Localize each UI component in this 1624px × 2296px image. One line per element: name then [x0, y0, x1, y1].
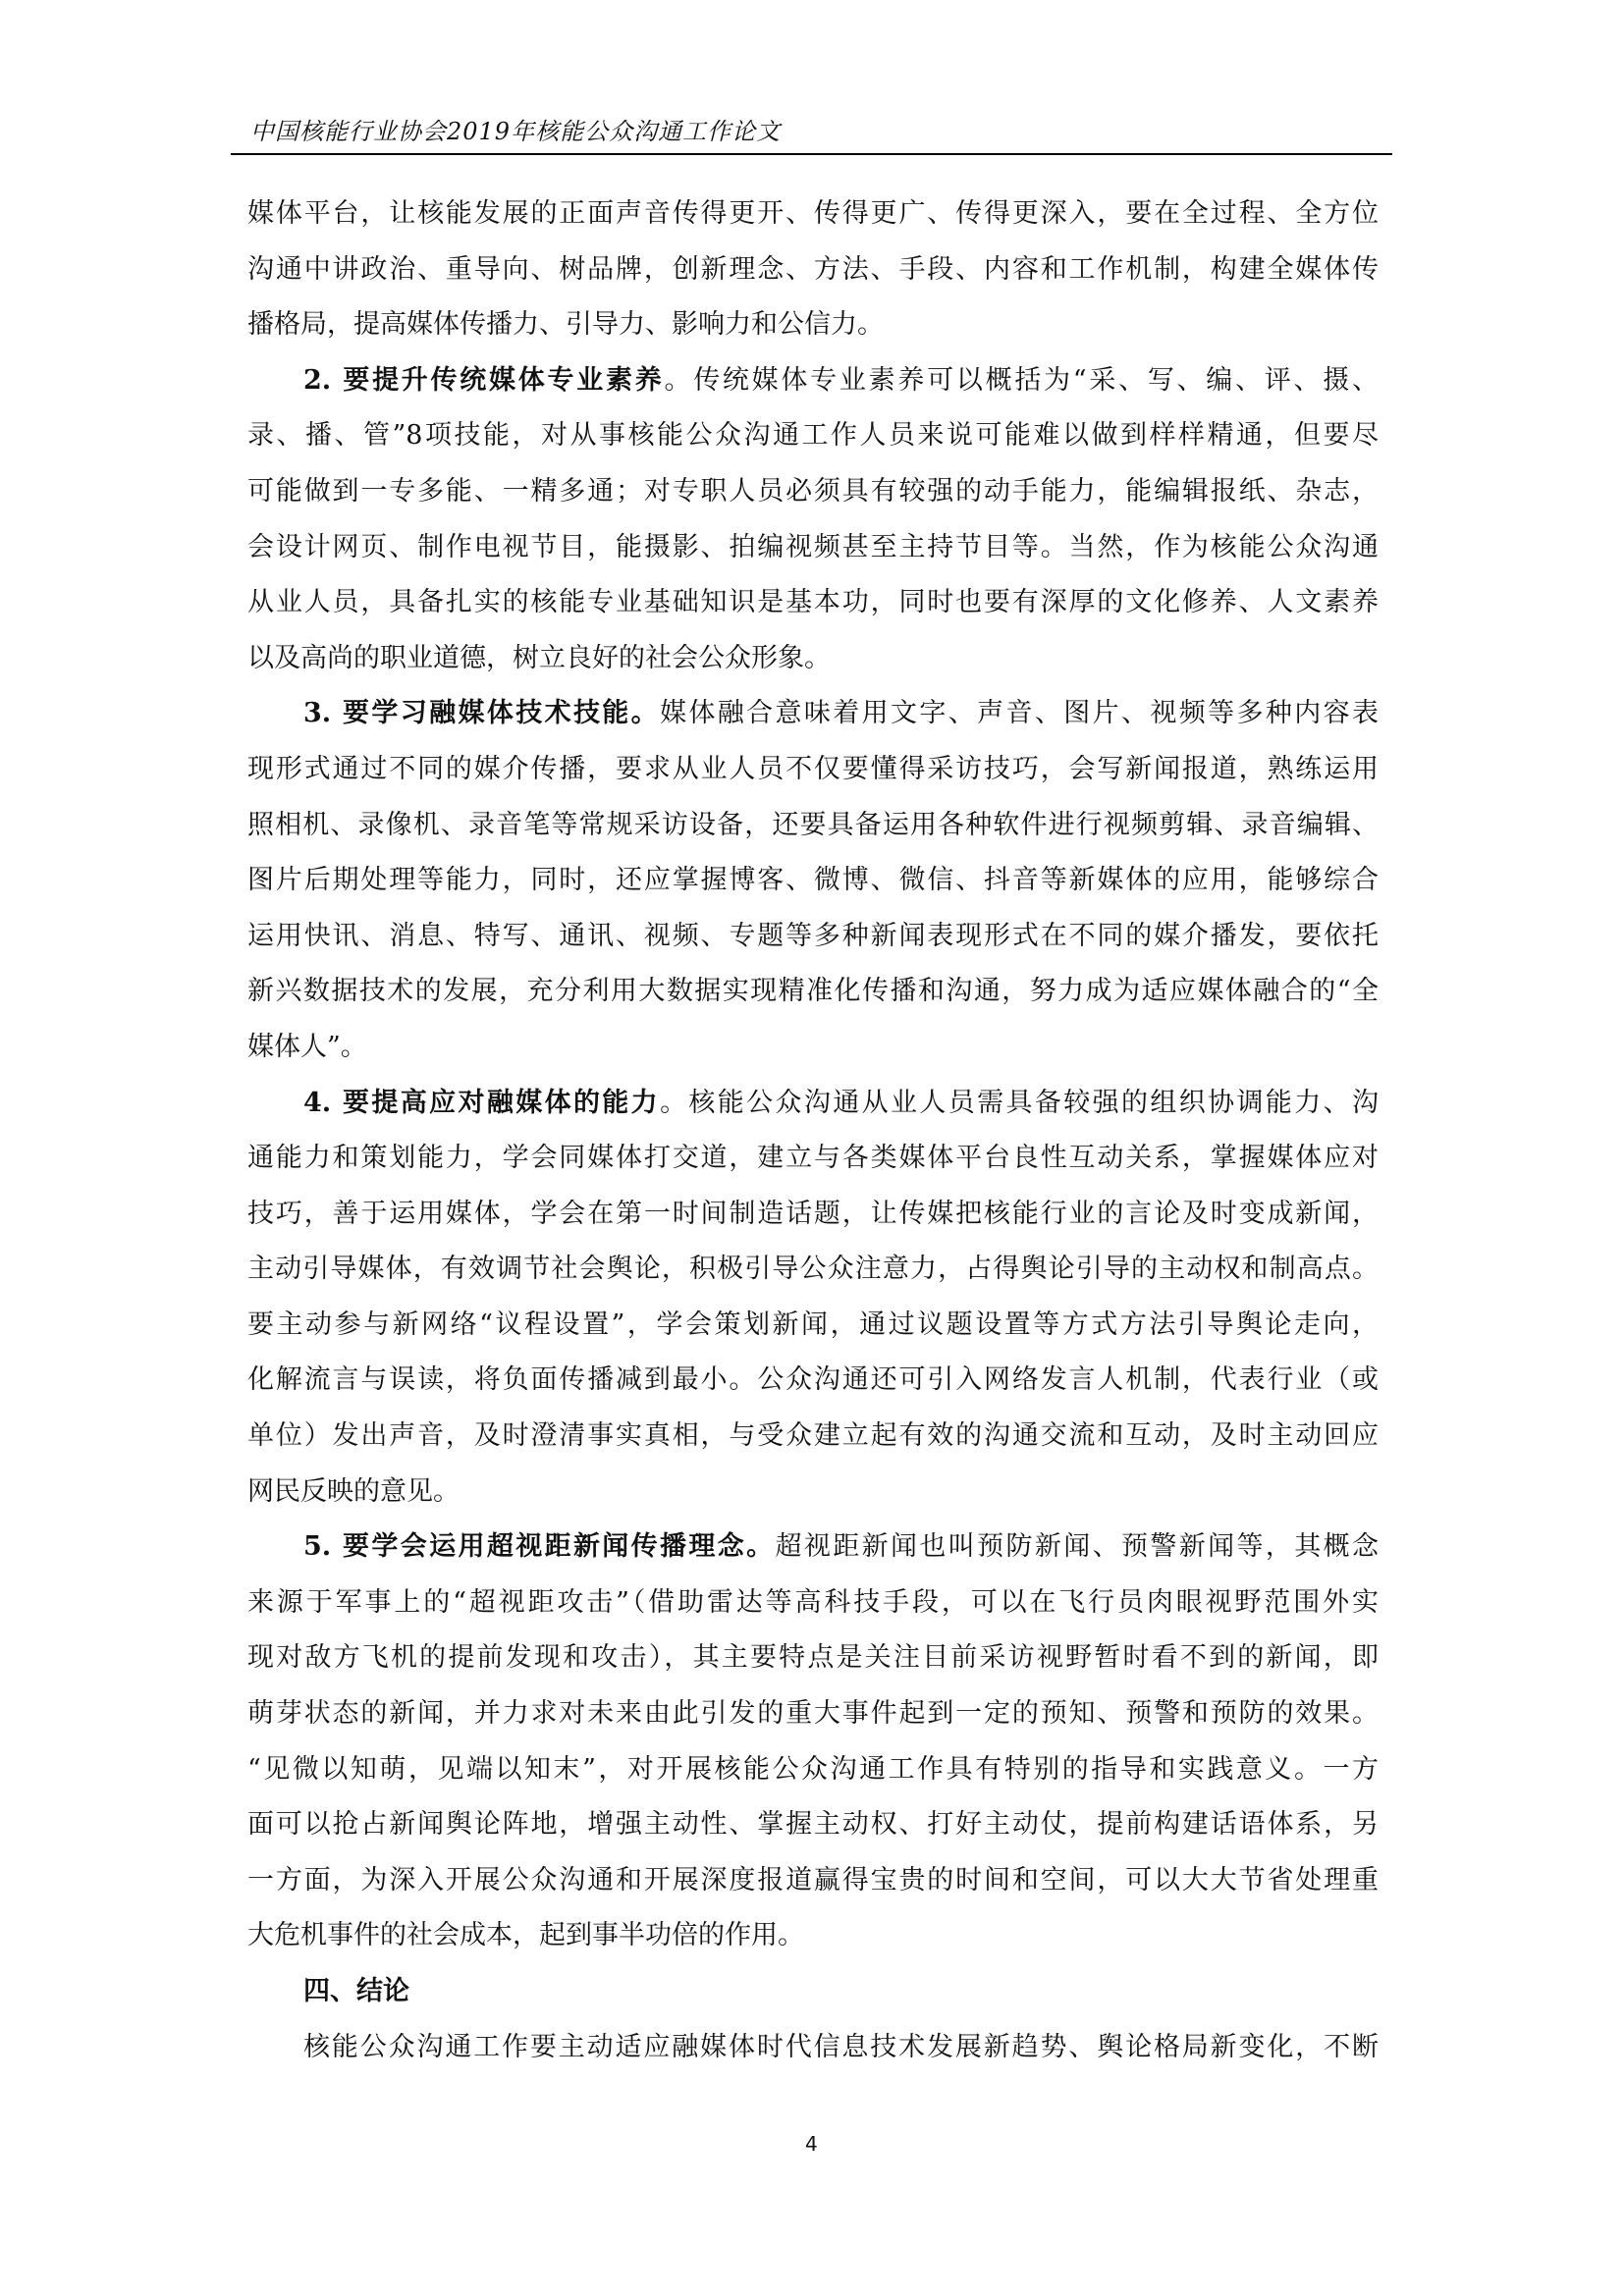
text-line: 运用快讯、消息、特写、通讯、视频、专题等多种新闻表现形式在不同的媒介播发，要依托 — [247, 909, 1379, 965]
paragraph-lead-text: 超视距新闻也叫预防新闻、预警新闻等，其概念 — [776, 1531, 1379, 1562]
text-line: 面可以抢占新闻舆论阵地，增强主动性、掌握主动权、打好主动仗，提前构建话语体系，另 — [247, 1797, 1379, 1853]
text-line: “见微以知萌，见端以知末”，对开展核能公众沟通工作具有特别的指导和实践意义。一方 — [247, 1742, 1379, 1798]
text-line: 来源于军事上的“超视距攻击”（借助雷达等高科技手段，可以在飞行员肉眼视野范围外实 — [247, 1575, 1379, 1631]
text-line: 录、播、管”8项技能，对从事核能公众沟通工作人员来说可能难以做到样样精通，但要尽 — [247, 408, 1379, 464]
text-line: 一方面，为深入开展公众沟通和开展深度报道赢得宝贵的时间和空间，可以大大节省处理重 — [247, 1853, 1379, 1909]
paragraph-2: 2. 要提升传统媒体专业素养。传统媒体专业素养可以概括为“采、写、编、评、摄、 … — [247, 353, 1379, 687]
text-line: 可能做到一专多能、一精多通；对专职人员必须具有较强的动手能力，能编辑报纸、杂志， — [247, 464, 1379, 520]
text-line: 沟通中讲政治、重导向、树品牌，创新理念、方法、手段、内容和工作机制，构建全媒体传 — [247, 242, 1379, 298]
page-number: 4 — [805, 2132, 818, 2156]
paragraph-lead-bold: 4. 要提高应对融媒体的能力 — [303, 1088, 660, 1118]
text-line: 网民反映的意见。 — [247, 1465, 1379, 1521]
text-line: 单位）发出声音，及时澄清事实真相，与受众建立起有效的沟通交流和互动，及时主动回应 — [247, 1409, 1379, 1465]
text-line: 新兴数据技术的发展，充分利用大数据实现精准化传播和沟通，努力成为适应媒体融合的“… — [247, 964, 1379, 1020]
text-line: 2. 要提升传统媒体专业素养。传统媒体专业素养可以概括为“采、写、编、评、摄、 — [247, 353, 1379, 409]
text-line: 会设计网页、制作电视节目，能摄影、拍编视频甚至主持节目等。当然，作为核能公众沟通 — [247, 520, 1379, 576]
text-line: 大危机事件的社会成本，起到事半功倍的作用。 — [247, 1908, 1379, 1964]
text-line: 现对敌方飞机的提前发现和攻击），其主要特点是关注目前采访视野暂时看不到的新闻，即 — [247, 1630, 1379, 1686]
text-line: 图片后期处理等能力，同时，还应掌握博客、微博、微信、抖音等新媒体的应用，能够综合 — [247, 853, 1379, 909]
paragraph-lead-text: 。传统媒体专业素养可以概括为“采、写、编、评、摄、 — [664, 365, 1379, 396]
paragraph-4: 4. 要提高应对融媒体的能力。核能公众沟通从业人员需具备较强的组织协调能力、沟 … — [247, 1076, 1379, 1521]
paragraph-3: 3. 要学习融媒体技术技能。媒体融合意味着用文字、声音、图片、视频等多种内容表 … — [247, 686, 1379, 1075]
text-line: 主动引导媒体，有效调节社会舆论，积极引导公众注意力，占得舆论引导的主动权和制高点… — [247, 1242, 1379, 1298]
document-page: 中国核能行业协会2019年核能公众沟通工作论文 媒体平台，让核能发展的正面声音传… — [0, 0, 1624, 2296]
paragraph-lead-text: 。核能公众沟通从业人员需具备较强的组织协调能力、沟 — [660, 1088, 1379, 1118]
text-line: 播格局，提高媒体传播力、引导力、影响力和公信力。 — [247, 297, 1379, 353]
text-line: 现形式通过不同的媒介传播，要求从业人员不仅要懂得采访技巧，会写新闻报道，熟练运用 — [247, 742, 1379, 798]
running-header: 中国核能行业协会2019年核能公众沟通工作论文 — [250, 112, 781, 146]
text-line: 核能公众沟通工作要主动适应融媒体时代信息技术发展新趋势、舆论格局新变化，不断 — [247, 2020, 1379, 2076]
text-line: 媒体人”。 — [247, 1020, 1379, 1076]
text-line: 以及高尚的职业道德，树立良好的社会公众形象。 — [247, 631, 1379, 687]
paragraph-5: 5. 要学会运用超视距新闻传播理念。超视距新闻也叫预防新闻、预警新闻等，其概念 … — [247, 1520, 1379, 1964]
text-line: 4. 要提高应对融媒体的能力。核能公众沟通从业人员需具备较强的组织协调能力、沟 — [247, 1076, 1379, 1132]
text-line: 媒体平台，让核能发展的正面声音传得更开、传得更广、传得更深入，要在全过程、全方位 — [247, 187, 1379, 242]
text-line: 通能力和策划能力，学会同媒体打交道，建立与各类媒体平台良性互动关系，掌握媒体应对 — [247, 1131, 1379, 1187]
text-line: 照相机、录像机、录音笔等常规采访设备，还要具备运用各种软件进行视频剪辑、录音编辑… — [247, 798, 1379, 854]
text-line: 5. 要学会运用超视距新闻传播理念。超视距新闻也叫预防新闻、预警新闻等，其概念 — [247, 1520, 1379, 1575]
text-line: 要主动参与新网络“议程设置”，学会策划新闻，通过议题设置等方式方法引导舆论走向， — [247, 1298, 1379, 1354]
text-line: 3. 要学习融媒体技术技能。媒体融合意味着用文字、声音、图片、视频等多种内容表 — [247, 686, 1379, 742]
paragraph-lead-text: 媒体融合意味着用文字、声音、图片、视频等多种内容表 — [660, 698, 1379, 728]
text-line: 技巧，善于运用媒体，学会在第一时间制造话题，让传媒把核能行业的言论及时变成新闻， — [247, 1187, 1379, 1243]
paragraph-lead-bold: 2. 要提升传统媒体专业素养 — [303, 365, 664, 396]
text-line: 萌芽状态的新闻，并力求对未来由此引发的重大事件起到一定的预知、预警和预防的效果。 — [247, 1686, 1379, 1742]
header-rule — [231, 153, 1392, 155]
paragraph-lead-bold: 3. 要学习融媒体技术技能。 — [303, 698, 660, 728]
text-line: 从业人员，具备扎实的核能专业基础知识是基本功，同时也要有深厚的文化修养、人文素养 — [247, 575, 1379, 631]
text-line: 化解流言与误读，将负面传播减到最小。公众沟通还可引入网络发言人机制，代表行业（或 — [247, 1353, 1379, 1409]
paragraph-lead-bold: 5. 要学会运用超视距新闻传播理念。 — [303, 1531, 776, 1562]
paragraph-1: 媒体平台，让核能发展的正面声音传得更开、传得更广、传得更深入，要在全过程、全方位… — [247, 187, 1379, 353]
section-heading: 四、结论 — [247, 1964, 1379, 2020]
document-body: 媒体平台，让核能发展的正面声音传得更开、传得更广、传得更深入，要在全过程、全方位… — [247, 187, 1379, 2075]
